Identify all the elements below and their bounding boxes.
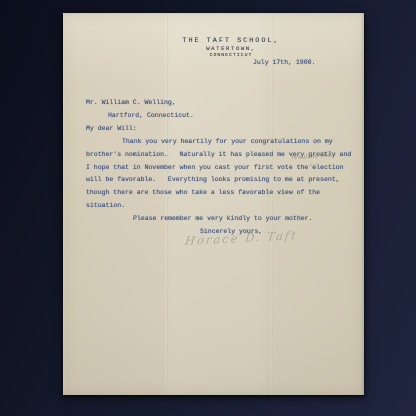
photo-background: THE TAFT SCHOOL, WATERTOWN, CONNECTICUT … (0, 0, 416, 416)
salutation: My dear Will: (86, 123, 358, 136)
recipient-city: Hartford, Connecticut. (108, 110, 358, 123)
letter-paper: THE TAFT SCHOOL, WATERTOWN, CONNECTICUT … (63, 13, 364, 395)
body-line: I hope that in November when you cast yo… (86, 162, 358, 175)
body-line: Thank you very heartily for your congrat… (122, 136, 358, 149)
letterhead: THE TAFT SCHOOL, WATERTOWN, CONNECTICUT (173, 37, 289, 59)
letterhead-state: CONNECTICUT (173, 52, 289, 59)
letterhead-town: WATERTOWN, (173, 45, 289, 52)
body-line: though there are those who take a less f… (86, 187, 358, 200)
body-line: situation. (86, 200, 358, 213)
body-line: will be favorable. Everything looks prom… (86, 174, 358, 187)
recipient-name: Mr. William C. Welling, (86, 97, 358, 110)
date-line: July 17th, 1908. (253, 59, 315, 66)
insertion-caret: ^ (309, 163, 313, 170)
closing-regards-line: Please remember me very kindly to your m… (133, 213, 358, 226)
letter-typed-text: Mr. William C. Welling, Hartford, Connec… (86, 97, 358, 239)
letterhead-school-name: THE TAFT SCHOOL, (173, 37, 289, 45)
